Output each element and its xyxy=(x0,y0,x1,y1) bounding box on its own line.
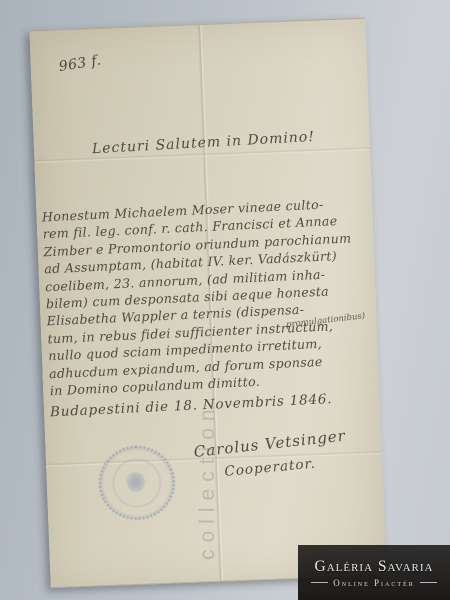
gallery-name: Galéria Savaria xyxy=(315,558,434,576)
left-rule xyxy=(311,582,328,583)
letter-body: Honestum Michaelem Moser vineae culto- r… xyxy=(42,194,376,400)
document-photo: 963 f. Lecturi Salutem in Domino! Honest… xyxy=(0,0,450,600)
gallery-watermark-badge: Galéria Savaria Online Piactér xyxy=(298,545,450,600)
archival-number: 963 f. xyxy=(58,52,103,75)
parish-seal-stamp xyxy=(97,444,176,521)
gallery-subtitle: Online Piactér xyxy=(333,578,414,588)
right-rule xyxy=(420,582,437,583)
letter-paper: 963 f. Lecturi Salutem in Domino! Honest… xyxy=(29,18,386,588)
gallery-subtitle-row: Online Piactér xyxy=(311,578,436,588)
